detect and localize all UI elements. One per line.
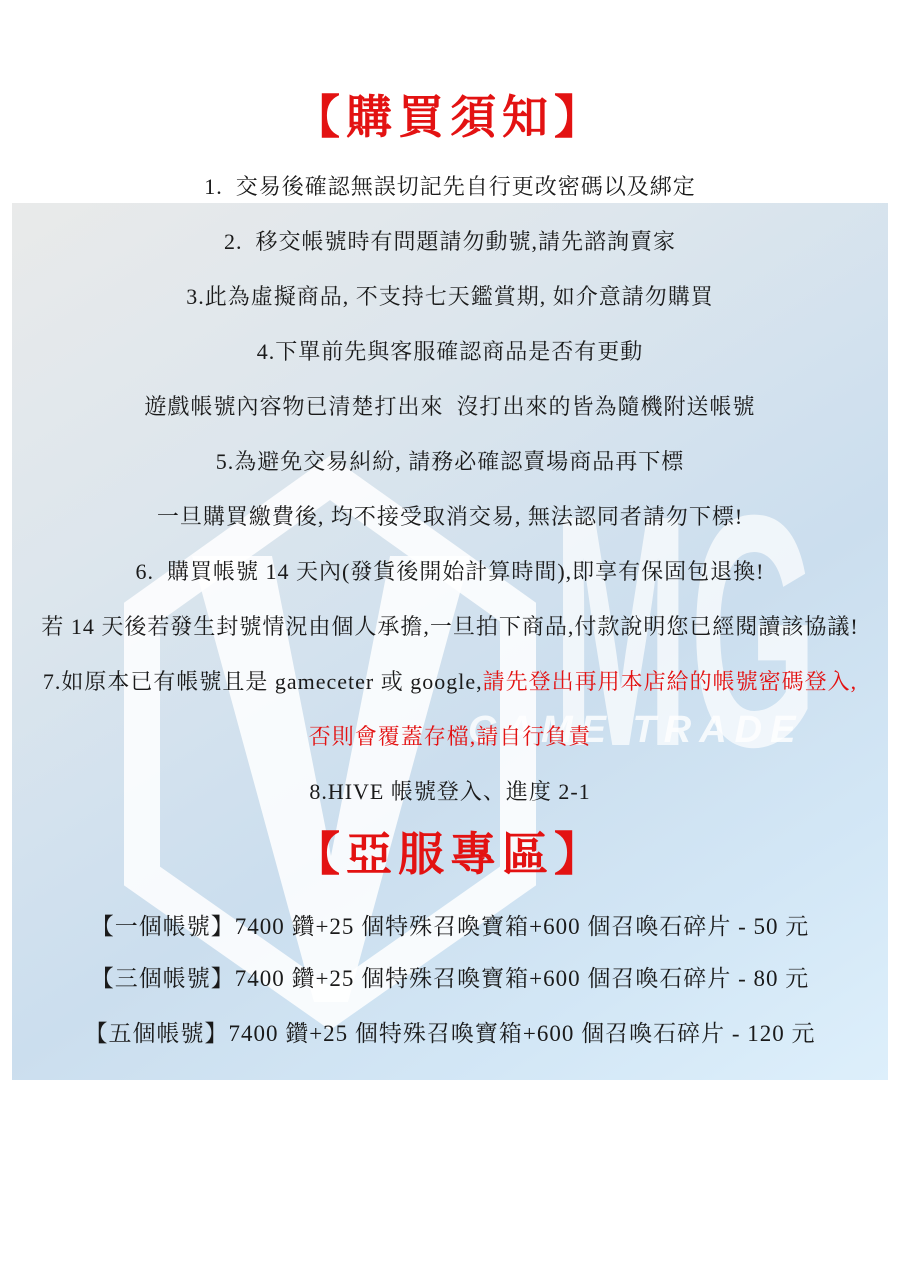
notice-line-10: 7.如原本已有帳號且是 gameceter 或 google,請先登出再用本店給… — [0, 667, 900, 697]
notice-line-red-text: 否則會覆蓋存檔,請自行負責 — [309, 724, 592, 749]
notice-line-text: 6. 購買帳號 14 天內(發貨後開始計算時間),即享有保固包退換! — [136, 559, 765, 584]
notice-line-text: 8.HIVE 帳號登入、進度 2-1 — [309, 779, 590, 804]
notice-line-9: 若 14 天後若發生封號情況由個人承擔,一旦拍下商品,付款說明您已經閱讀該協議! — [0, 612, 900, 642]
notice-line-text: 遊戲帳號內容物已清楚打出來 沒打出來的皆為隨機附送帳號 — [144, 394, 755, 419]
notice-line-text: 若 14 天後若發生封號情況由個人承擔,一旦拍下商品,付款說明您已經閱讀該協議! — [41, 614, 858, 639]
notice-line-text: 1. 交易後確認無誤切記先自行更改密碼以及綁定 — [204, 174, 696, 199]
offer-line-3: 【五個帳號】7400 鑽+25 個特殊召喚寶箱+600 個召喚石碎片 - 120… — [0, 1018, 900, 1050]
notice-line-red-text: 請先登出再用本店給的帳號密碼登入, — [483, 669, 858, 694]
notice-line-6: 5.為避免交易糾紛, 請務必確認賣場商品再下標 — [0, 447, 900, 477]
notice-line-11: 否則會覆蓋存檔,請自行負責 — [0, 722, 900, 752]
notice-line-text: 7.如原本已有帳號且是 gameceter 或 google, — [43, 669, 483, 694]
notice-line-12: 8.HIVE 帳號登入、進度 2-1 — [0, 777, 900, 807]
notice-line-3: 3.此為虛擬商品, 不支持七天鑑賞期, 如介意請勿購買 — [0, 282, 900, 312]
notice-line-8: 6. 購買帳號 14 天內(發貨後開始計算時間),即享有保固包退換! — [0, 557, 900, 587]
notice-line-5: 遊戲帳號內容物已清楚打出來 沒打出來的皆為隨機附送帳號 — [0, 392, 900, 422]
offer-line-2: 【三個帳號】7400 鑽+25 個特殊召喚寶箱+600 個召喚石碎片 - 80 … — [0, 963, 900, 995]
notice-line-1: 1. 交易後確認無誤切記先自行更改密碼以及綁定 — [0, 172, 900, 202]
notice-line-7: 一旦購買繳費後, 均不接受取消交易, 無法認同者請勿下標! — [0, 502, 900, 532]
notice-line-4: 4.下單前先與客服確認商品是否有更動 — [0, 337, 900, 367]
notice-line-text: 一旦購買繳費後, 均不接受取消交易, 無法認同者請勿下標! — [157, 504, 743, 529]
notice-line-text: 2. 移交帳號時有問題請勿動號,請先諮詢賣家 — [224, 229, 676, 254]
offer-line-1: 【一個帳號】7400 鑽+25 個特殊召喚寶箱+600 個召喚石碎片 - 50 … — [0, 911, 900, 943]
notice-line-text: 5.為避免交易糾紛, 請務必確認賣場商品再下標 — [216, 449, 685, 474]
notice-line-2: 2. 移交帳號時有問題請勿動號,請先諮詢賣家 — [0, 227, 900, 257]
notice-line-text: 4.下單前先與客服確認商品是否有更動 — [257, 339, 644, 364]
notice-title: 【購買須知】 — [0, 88, 900, 148]
notice-line-text: 3.此為虛擬商品, 不支持七天鑑賞期, 如介意請勿購買 — [186, 284, 714, 309]
asia-section-title: 【亞服專區】 — [0, 825, 900, 885]
